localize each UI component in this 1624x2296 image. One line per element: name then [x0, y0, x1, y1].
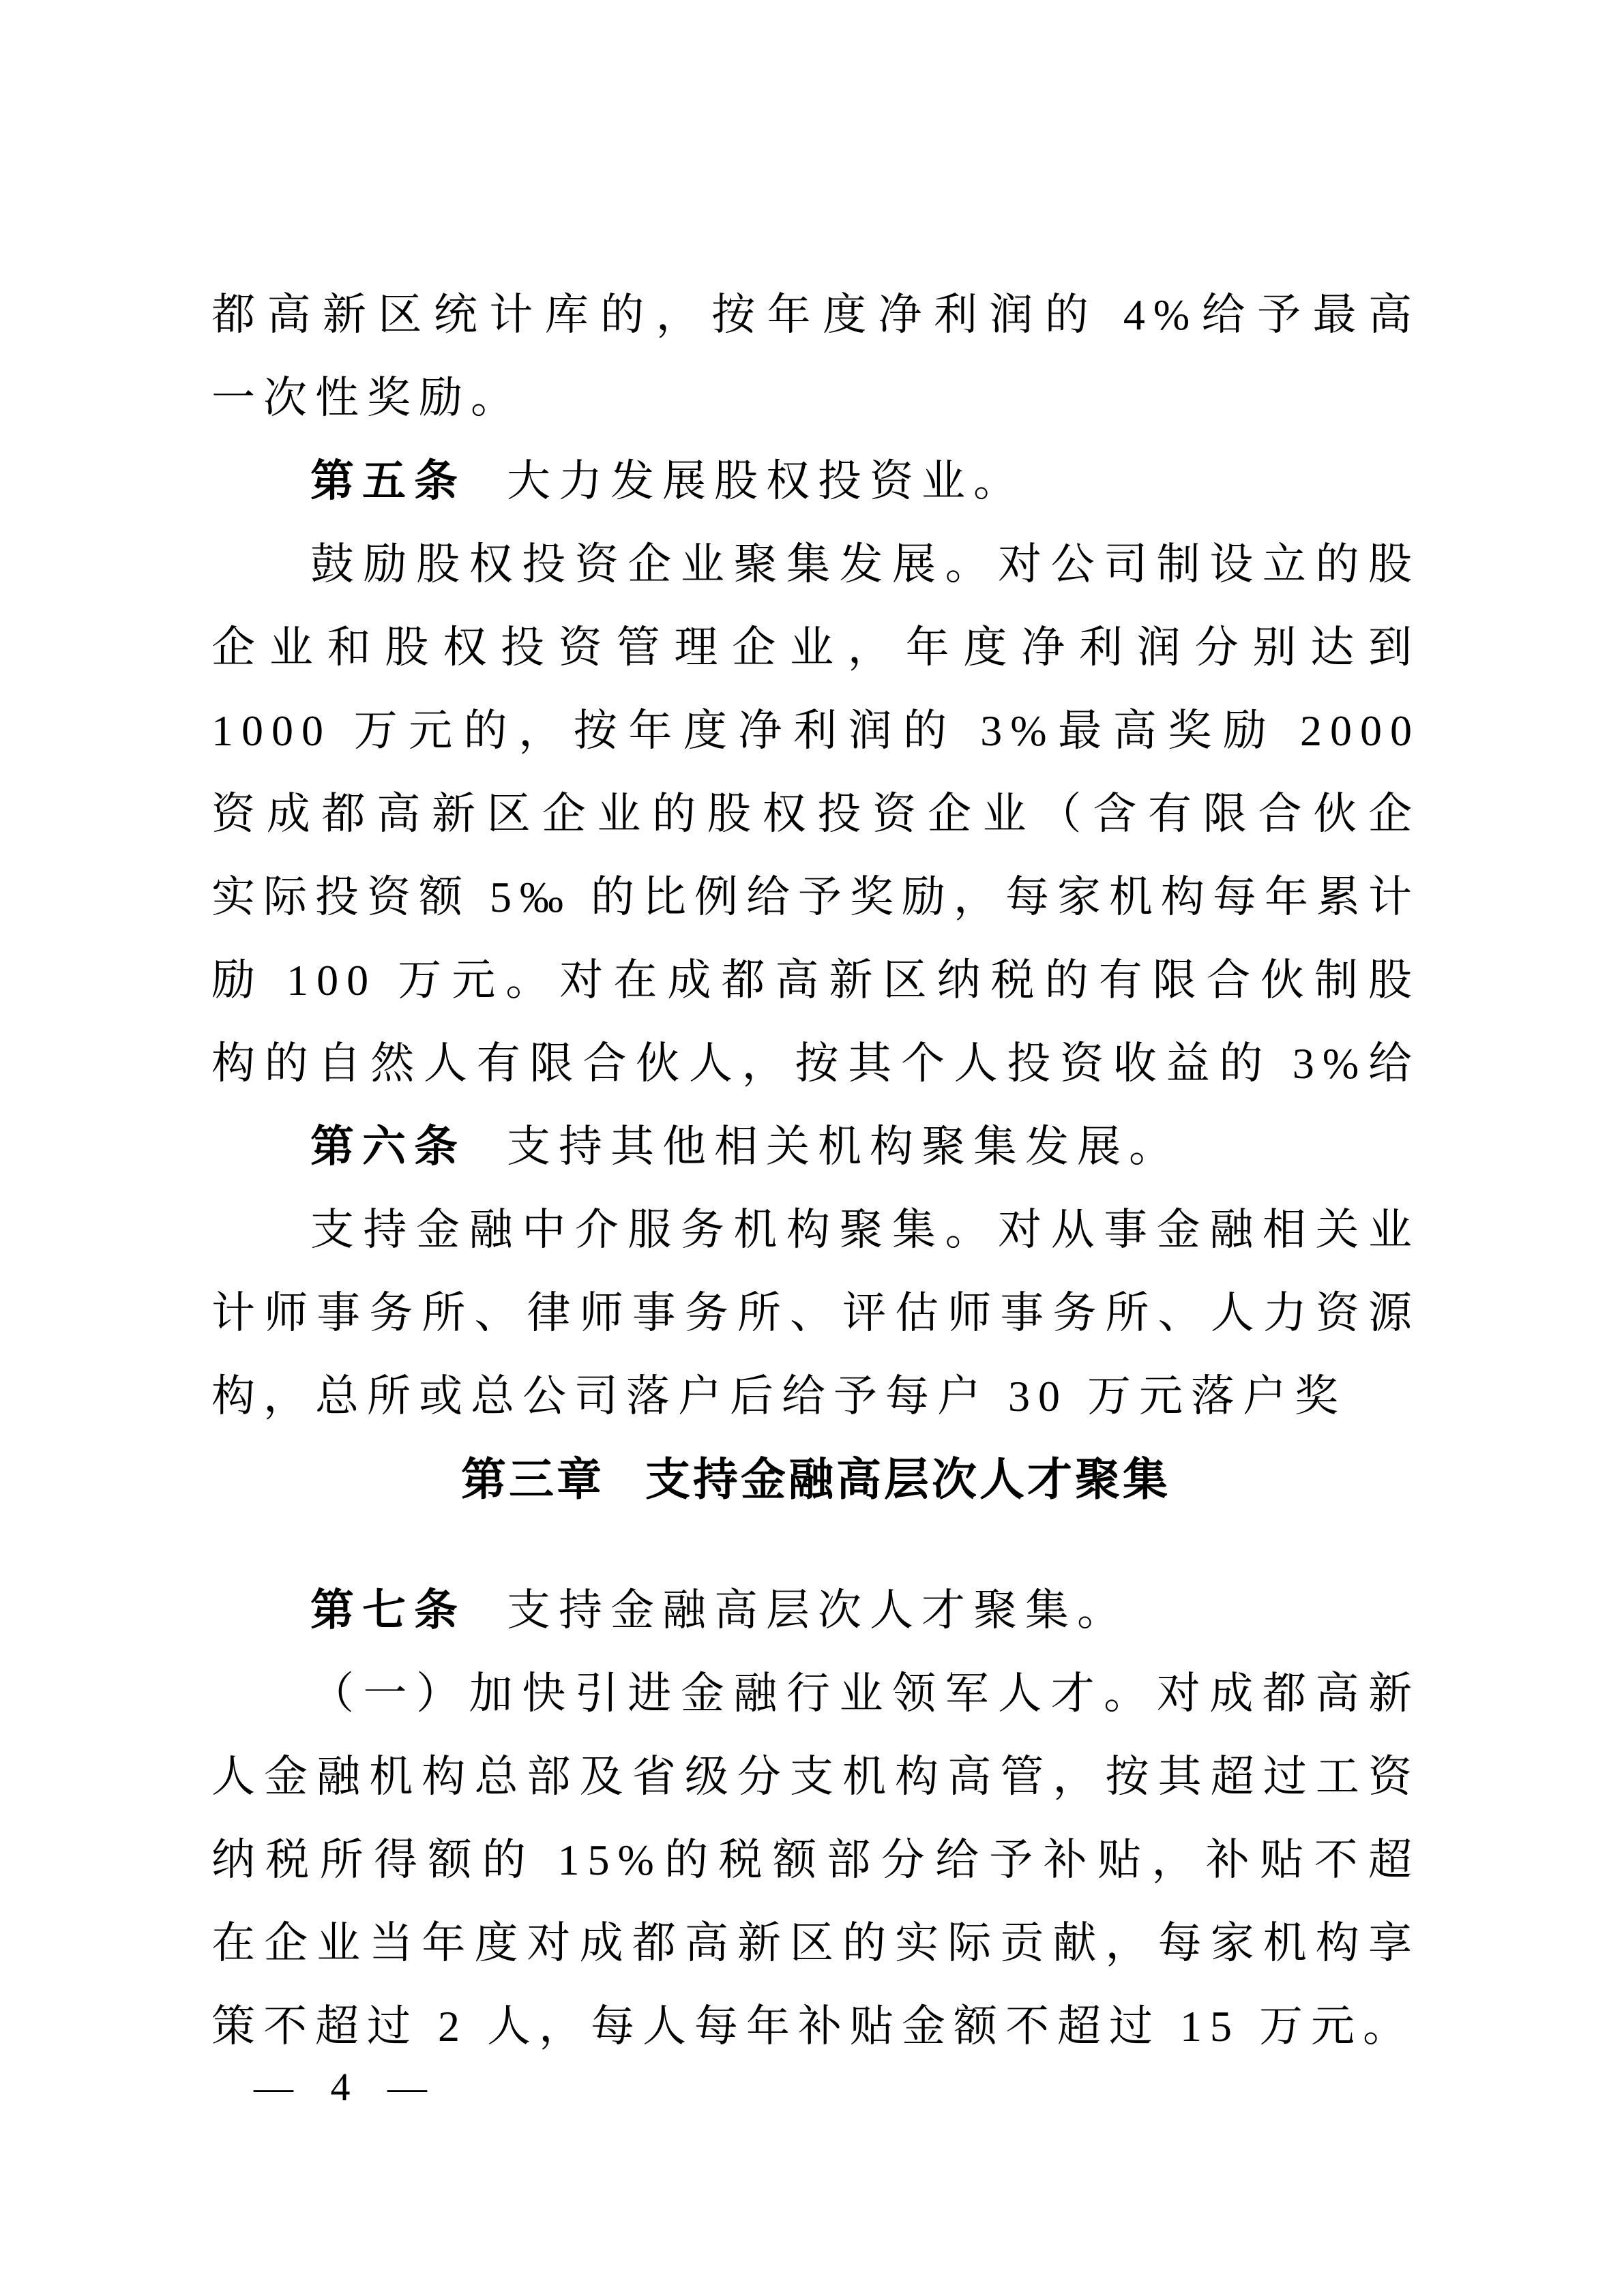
text-line: 鼓励股权投资企业聚集发展。对公司制设立的股权投资 [211, 523, 1420, 606]
text-line: 策不超过 2 人，每人每年补贴金额不超过 15 万元。 [211, 1985, 1420, 2068]
text-segment: 大力发展股权投资业。 [507, 457, 1025, 505]
article-number: 第五条 [310, 457, 466, 505]
text-segment: 计师事务所、律师事务所、评估师事务所、人力资源服务机 [211, 1289, 1420, 1355]
text-line: 人金融机构总部及省级分支机构高管，按其超过工资薪金应 [211, 1735, 1420, 1819]
text-line: 实际投资额 5‰ 的比例给予奖励，每家机构每年累计最高奖 [211, 856, 1420, 939]
text-line: 第五条大力发展股权投资业。 [211, 440, 1420, 523]
text-segment: 构，总所或总公司落户后给予每户 30 万元落户奖励。 [211, 1372, 1346, 1438]
article-number: 第七条 [310, 1586, 466, 1635]
article-number: 第六条 [310, 1122, 466, 1171]
document-content: 都高新区统计库的，按年度净利润的 4%给予最高 2000 万元一次性奖励。第五条… [211, 273, 1420, 2068]
text-line: 支持金融中介服务机构聚集。对从事金融相关业务的会 [211, 1189, 1420, 1272]
chapter-heading: 第三章支持金融高层次人才聚集 [211, 1438, 1420, 1521]
text-segment: 都高新区统计库的，按年度净利润的 4%给予最高 2000 万元 [211, 290, 1420, 357]
text-line: 纳税所得额的 15%的税额部分给予补贴，补贴不超过人才所 [211, 1819, 1420, 1902]
text-segment: 资成都高新区企业的股权投资企业（含有限合伙企业），按照 [211, 790, 1420, 856]
text-line: 资成都高新区企业的股权投资企业（含有限合伙企业），按照 [211, 773, 1420, 856]
text-line: 第六条支持其他相关机构聚集发展。 [211, 1105, 1420, 1189]
text-line: 企业和股权投资管理企业，年度净利润分别达到 3000 万元和 [211, 606, 1420, 689]
text-segment: 构的自然人有限合伙人，按其个人投资收益的 3%给与奖励。 [211, 1039, 1420, 1105]
text-line: 构的自然人有限合伙人，按其个人投资收益的 3%给与奖励。 [211, 1022, 1420, 1105]
text-line: 一次性奖励。 [211, 357, 1420, 440]
text-line: 1000 万元的，按年度净利润的 3%最高奖励 2000 万元。对投 [211, 689, 1420, 773]
text-segment: 支持金融中介服务机构聚集。对从事金融相关业务的会 [211, 1206, 1420, 1272]
text-segment: 企业和股权投资管理企业，年度净利润分别达到 3000 万元和 [211, 623, 1420, 689]
text-segment: 支持其他相关机构聚集发展。 [507, 1122, 1181, 1171]
article-number: 第三章 [461, 1453, 604, 1506]
text-segment: 策不超过 2 人，每人每年补贴金额不超过 15 万元。 [211, 2002, 1415, 2051]
text-segment: 在企业当年度对成都高新区的实际贡献，每家机构享受此政 [211, 1919, 1420, 1985]
text-segment: 励 100 万元。对在成都高新区纳税的有限合伙制股权投资机 [211, 956, 1420, 1022]
text-segment: 一次性奖励。 [211, 374, 522, 422]
text-line: 励 100 万元。对在成都高新区纳税的有限合伙制股权投资机 [211, 939, 1420, 1022]
text-segment: 鼓励股权投资企业聚集发展。对公司制设立的股权投资 [211, 540, 1420, 606]
text-line: 都高新区统计库的，按年度净利润的 4%给予最高 2000 万元 [211, 273, 1420, 357]
text-line: 构，总所或总公司落户后给予每户 30 万元落户奖励。 [211, 1355, 1420, 1438]
text-segment: 纳税所得额的 15%的税额部分给予补贴，补贴不超过人才所 [211, 1836, 1420, 1902]
text-line: 在企业当年度对成都高新区的实际贡献，每家机构享受此政 [211, 1902, 1420, 1985]
text-segment: 支持金融高层次人才聚集。 [507, 1586, 1129, 1635]
text-segment: 实际投资额 5‰ 的比例给予奖励，每家机构每年累计最高奖 [211, 873, 1420, 939]
text-segment: 1000 万元的，按年度净利润的 3%最高奖励 2000 万元。对投 [211, 706, 1420, 773]
text-segment: 人金融机构总部及省级分支机构高管，按其超过工资薪金应 [211, 1753, 1420, 1819]
page-number: — 4 — [254, 2068, 441, 2107]
document-page: 都高新区统计库的，按年度净利润的 4%给予最高 2000 万元一次性奖励。第五条… [0, 0, 1624, 2296]
article-number: 支持金融高层次人才聚集 [645, 1453, 1170, 1506]
text-line: （一）加快引进金融行业领军人才。对成都高新区的法 [211, 1652, 1420, 1735]
text-segment: （一）加快引进金融行业领军人才。对成都高新区的法 [211, 1669, 1420, 1735]
text-line: 计师事务所、律师事务所、评估师事务所、人力资源服务机 [211, 1272, 1420, 1355]
text-line: 第七条支持金融高层次人才聚集。 [211, 1569, 1420, 1652]
